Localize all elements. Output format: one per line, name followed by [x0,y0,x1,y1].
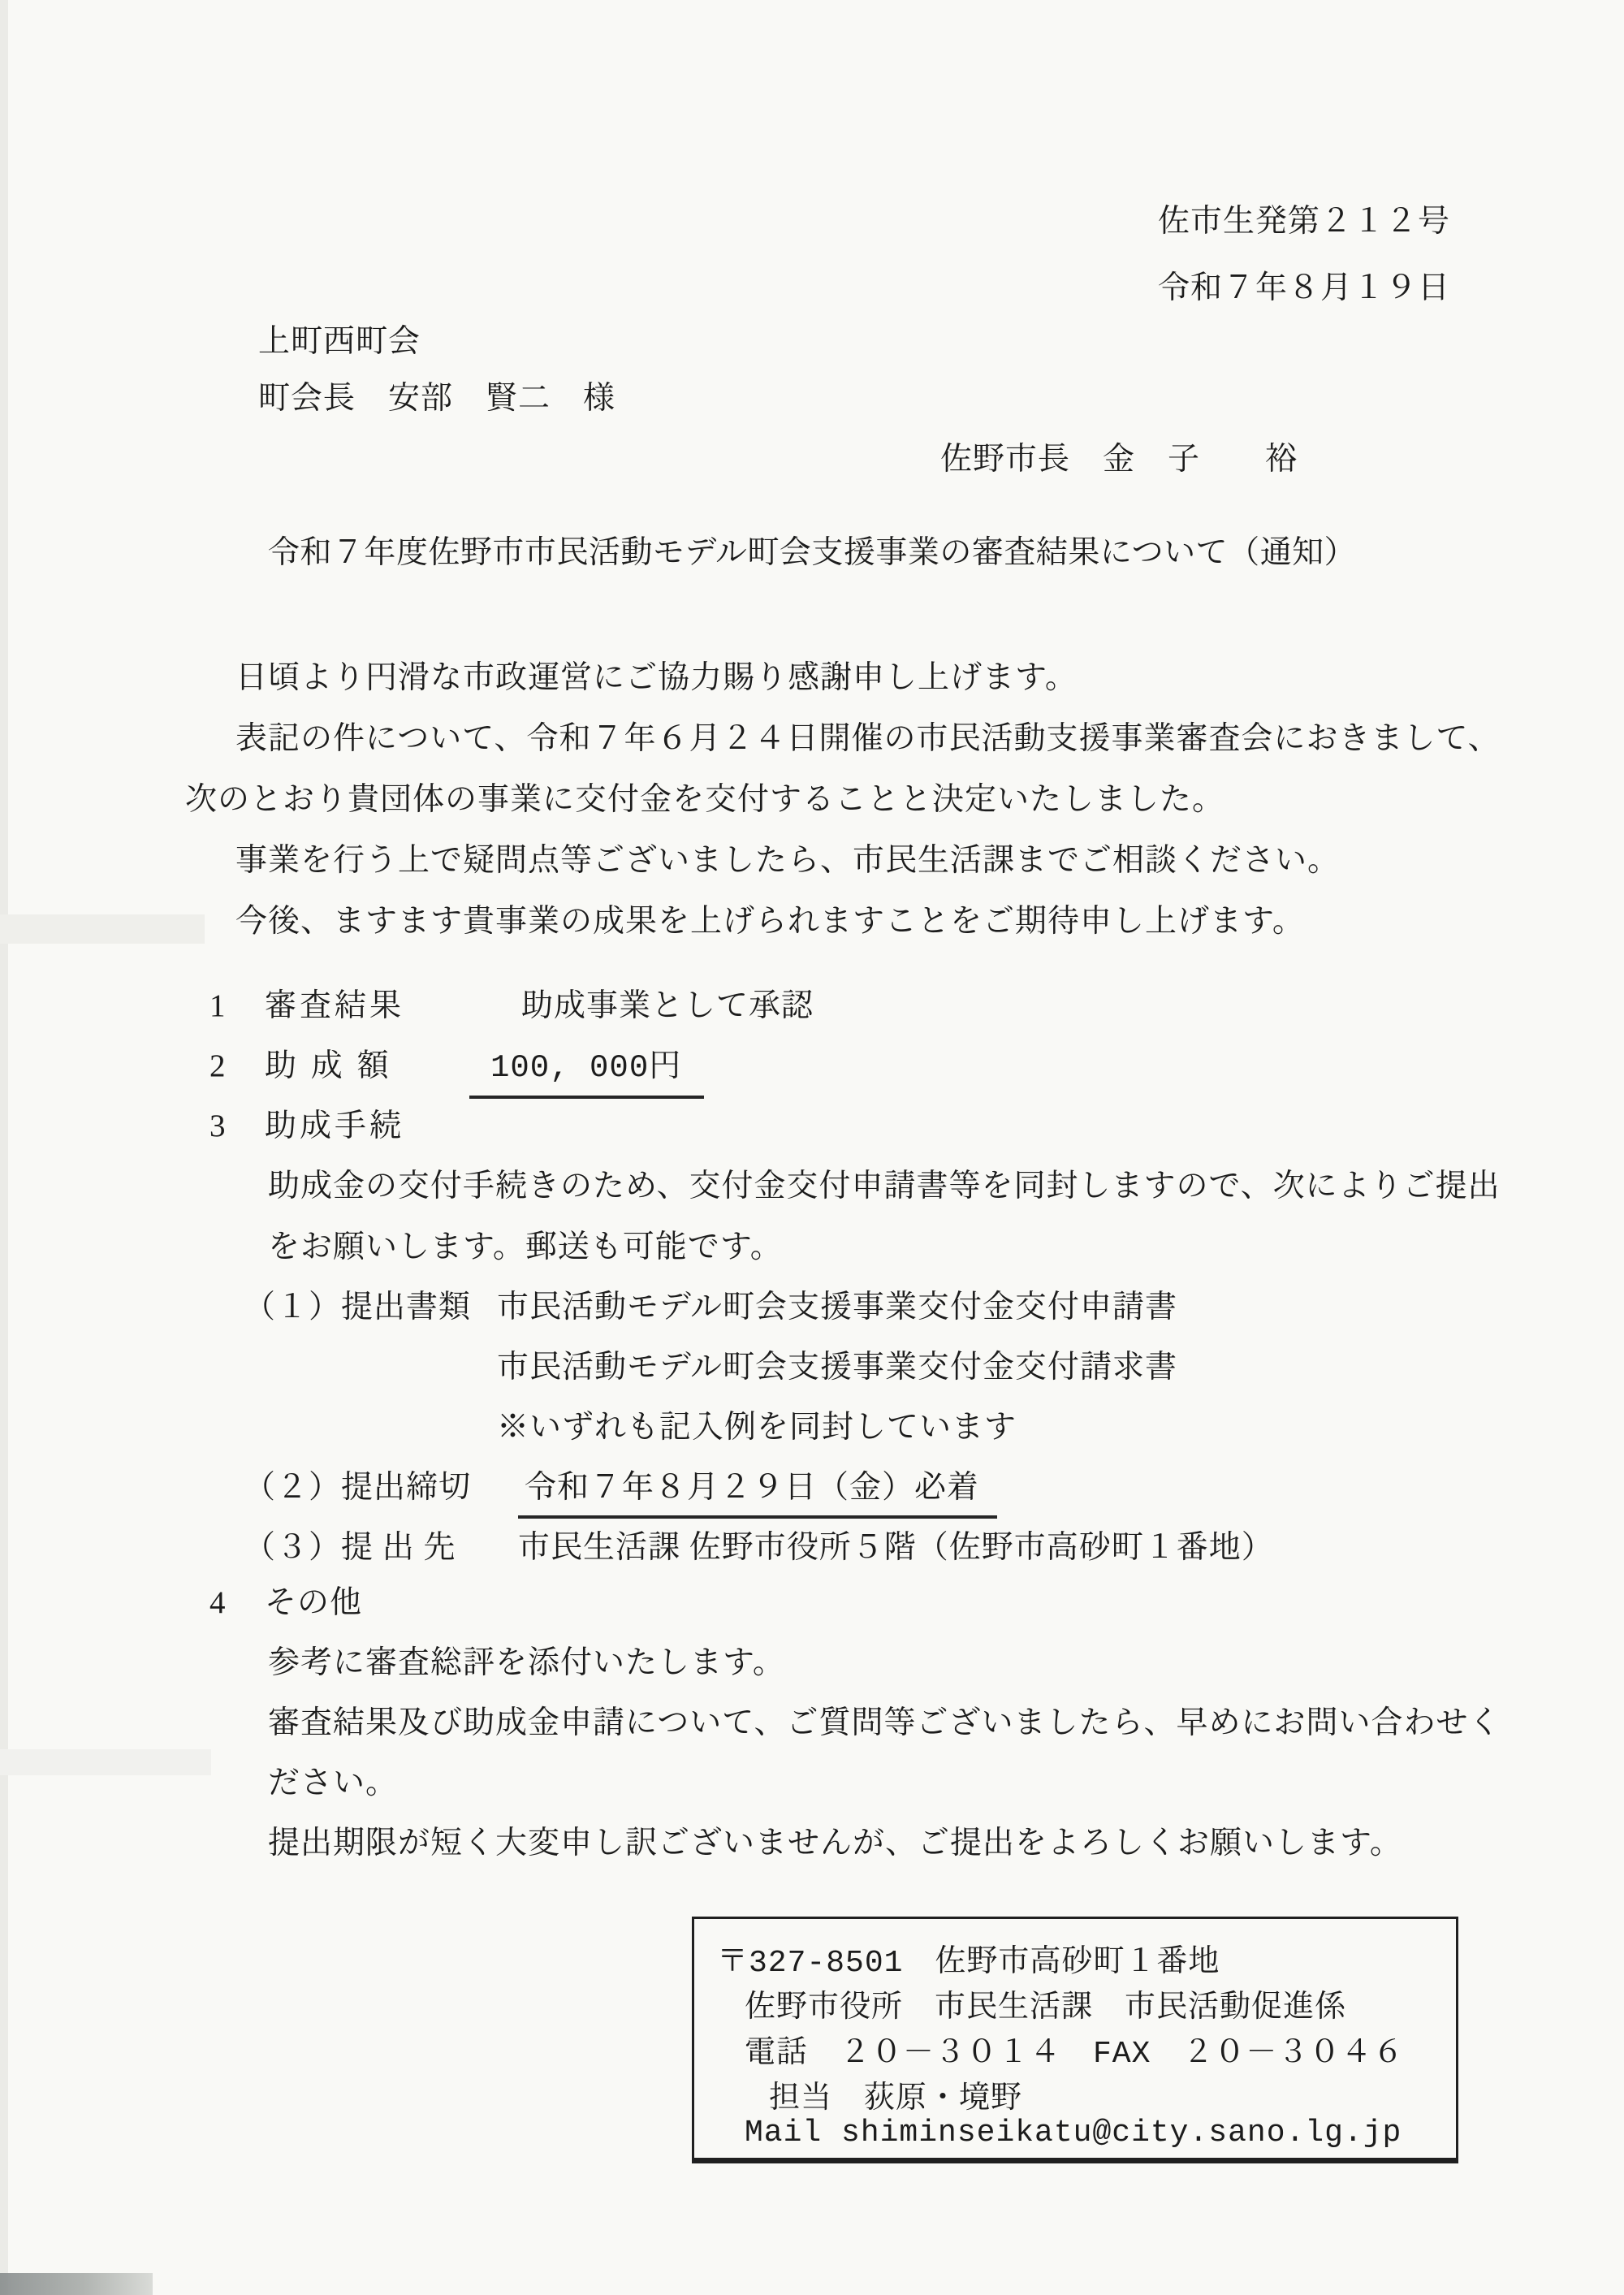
sub-item-1-note: ※いずれも記入例を同封しています [497,1409,1017,1447]
deadline-value: 令和７年８月２９日（金）必着 [518,1469,997,1519]
recipient-org: 上町西町会 [258,323,421,361]
scan-streak-artifact [0,914,205,944]
sub-item-1-doc-1: 市民活動モデル町会支援事業交付金交付申請書 [497,1289,1177,1327]
body-paragraph-3: 今後、ますます貴事業の成果を上げられますことをご期待申し上げます。 [235,903,1305,941]
sub-item-2-label: （２）提出締切 [244,1469,471,1507]
recipient-person: 町会長 安部 賢二 様 [258,380,615,418]
body-paragraph-1-line-1: 表記の件について、令和７年６月２４日開催の市民活動支援事業審査会におきまして、 [235,720,1501,759]
contact-postal-address: 〒327-8501 佐野市高砂町１番地 [717,1935,1220,1981]
sub-item-2-value-row: 令和７年８月２９日（金）必着 [518,1469,997,1519]
scan-streak-artifact [0,1749,211,1775]
greeting-paragraph: 日頃より円滑な市政運営にご協力賜り感謝申し上げます。 [235,659,1078,698]
contact-email: Mail shiminseikatu@city.sano.lg.jp [745,2116,1402,2150]
item-4-text-2-line-1: 審査結果及び助成金申請について、ご質問等ございましたら、早めにお問い合わせく [268,1705,1501,1743]
sub-item-3-value: 市民生活課 佐野市役所５階（佐野市高砂町１番地） [518,1529,1274,1567]
sub-item-1-label: （１）提出書類 [244,1289,471,1327]
contact-info-box: 〒327-8501 佐野市高砂町１番地 佐野市役所 市民生活課 市民活動促進係 … [692,1917,1458,2163]
scan-smudge-artifact [0,2273,153,2295]
item-2-label: 助 成 額 [265,1048,392,1086]
item-4-label: その他 [265,1584,362,1623]
item-4-text-3: 提出期限が短く大変申し訳ございませんが、ご提出をよろしくお願いします。 [268,1825,1402,1863]
contact-phone-fax: 電話 ２０－３０１４ FAX ２０－３０４６ [745,2026,1404,2072]
item-1-value: 助成事業として承認 [521,988,814,1026]
body-paragraph-2: 事業を行う上で疑問点等ございましたら、市民生活課までご相談ください。 [235,842,1340,880]
sender-name: 佐野市長 金 子 裕 [940,441,1298,479]
item-3-text-line-2: をお願いします。郵送も可能です。 [268,1229,783,1267]
grant-amount-value: 100, 000円 [469,1049,704,1099]
contact-staff-names: 担当 荻原・境野 [769,2072,1022,2116]
item-1-label: 審査結果 [265,988,404,1026]
scan-edge-artifact [0,0,8,2295]
item-1-number: 1 [209,988,227,1026]
doc-number: 佐市生発第２１２号 [1158,203,1450,241]
contact-office-section: 佐野市役所 市民生活課 市民活動促進係 [745,1981,1346,2025]
scanned-letter-page: 佐市生発第２１２号 令和７年８月１９日 上町西町会 町会長 安部 賢二 様 佐野… [0,0,1624,2295]
item-4-text-2-line-2: ださい。 [268,1765,398,1803]
item-2-value-row: 100, 000円 [469,1048,704,1099]
item-2-number: 2 [209,1048,227,1086]
item-4-text-1: 参考に審査総評を添付いたします。 [268,1645,785,1683]
sub-item-1-doc-2: 市民活動モデル町会支援事業交付金交付請求書 [497,1349,1177,1387]
item-3-label: 助成手続 [265,1108,404,1146]
item-3-number: 3 [209,1108,227,1146]
sub-item-3-label: （３）提 出 先 [244,1529,456,1567]
issue-date: 令和７年８月１９日 [1158,270,1450,308]
item-4-number: 4 [209,1584,227,1623]
item-3-text-line-1: 助成金の交付手続きのため、交付金交付申請書等を同封しますので、次によりご提出 [268,1168,1501,1206]
document-title: 令和７年度佐野市市民活動モデル町会支援事業の審査結果について（通知） [0,534,1624,573]
body-paragraph-1-line-2: 次のとおり貴団体の事業に交付金を交付することと決定いたしました。 [185,781,1224,819]
